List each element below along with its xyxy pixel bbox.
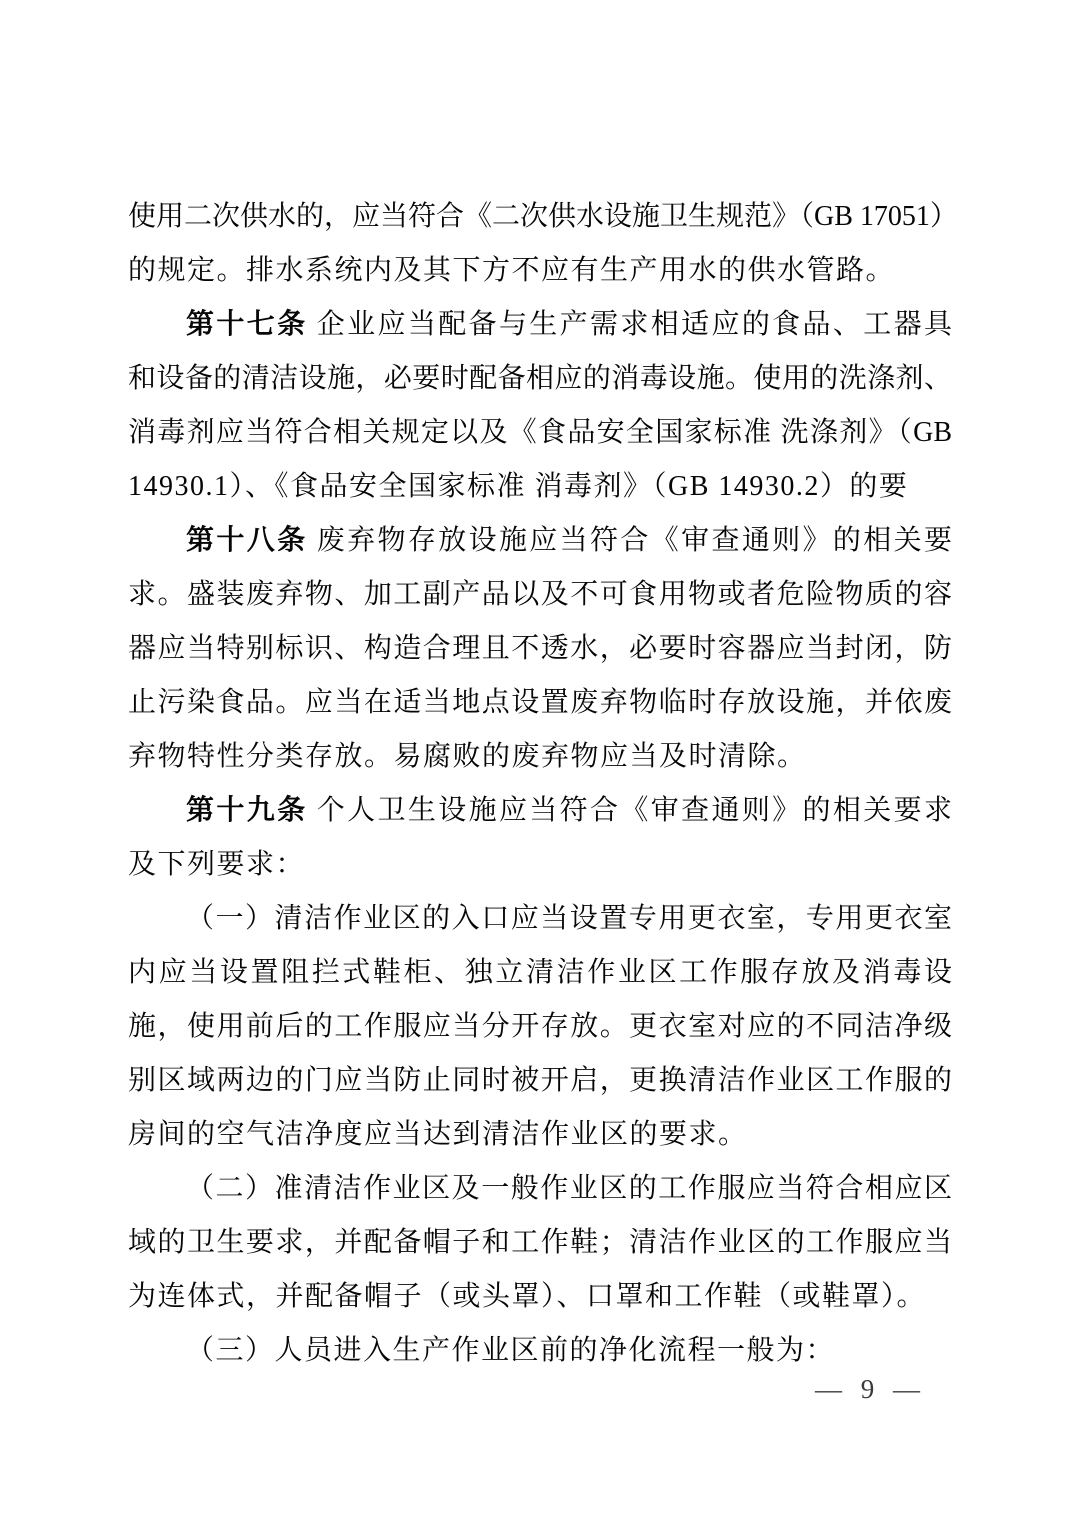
- article-number: 第十九条: [186, 795, 307, 826]
- text-line: 第十七条 企业应当配备与生产需求相适应的食品、工器具: [128, 298, 952, 352]
- text-segment: 消毒剂应当符合相关规定以及《食品安全国家标准 洗涤剂》（GB: [128, 417, 952, 448]
- text-segment: 为连体式，并配备帽子（或头罩）、口罩和工作鞋（或鞋罩）。: [128, 1281, 926, 1312]
- text-segment: 域的卫生要求，并配备帽子和工作鞋；清洁作业区的工作服应当: [128, 1227, 952, 1258]
- text-line: 内应当设置阻拦式鞋柜、独立清洁作业区工作服存放及消毒设: [128, 946, 952, 1000]
- text-segment: 止污染食品。应当在适当地点设置废弃物临时存放设施，并依废: [128, 687, 952, 718]
- text-line: 弃物特性分类存放。易腐败的废弃物应当及时清除。: [128, 730, 952, 784]
- text-line: 器应当特别标识、构造合理且不透水，必要时容器应当封闭，防: [128, 622, 952, 676]
- paragraph: 第十八条 废弃物存放设施应当符合《审查通则》的相关要求。盛装废弃物、加工副产品以…: [128, 514, 952, 784]
- text-segment: （一）清洁作业区的入口应当设置专用更衣室，专用更衣室: [186, 903, 952, 934]
- document-body: 使用二次供水的，应当符合《二次供水设施卫生规范》（GB 17051）的规定。排水…: [128, 190, 952, 1378]
- text-line: 域的卫生要求，并配备帽子和工作鞋；清洁作业区的工作服应当: [128, 1216, 952, 1270]
- text-segment: 和设备的清洁设施，必要时配备相应的消毒设施。使用的洗涤剂、: [128, 363, 952, 394]
- text-segment: 及下列要求：: [128, 849, 305, 880]
- paragraph: （一）清洁作业区的入口应当设置专用更衣室，专用更衣室内应当设置阻拦式鞋柜、独立清…: [128, 892, 952, 1162]
- text-segment: （三）人员进入生产作业区前的净化流程一般为：: [186, 1335, 835, 1366]
- text-line: （二）准清洁作业区及一般作业区的工作服应当符合相应区: [128, 1162, 952, 1216]
- page-number: — 9 —: [815, 1372, 922, 1406]
- text-line: （三）人员进入生产作业区前的净化流程一般为：: [128, 1324, 952, 1378]
- text-line: （一）清洁作业区的入口应当设置专用更衣室，专用更衣室: [128, 892, 952, 946]
- text-segment: 废弃物存放设施应当符合《审查通则》的相关要: [307, 525, 952, 556]
- text-segment: 使用二次供水的，应当符合《二次供水设施卫生规范》（GB 17051）: [128, 201, 952, 232]
- text-segment: 企业应当配备与生产需求相适应的食品、工器具: [307, 309, 952, 340]
- text-line: 房间的空气洁净度应当达到清洁作业区的要求。: [128, 1108, 952, 1162]
- paragraph: 第十七条 企业应当配备与生产需求相适应的食品、工器具和设备的清洁设施，必要时配备…: [128, 298, 952, 514]
- text-segment: 个人卫生设施应当符合《审查通则》的相关要求: [307, 795, 952, 826]
- text-segment: 器应当特别标识、构造合理且不透水，必要时容器应当封闭，防: [128, 633, 952, 664]
- article-number: 第十七条: [186, 309, 307, 340]
- text-line: 止污染食品。应当在适当地点设置废弃物临时存放设施，并依废: [128, 676, 952, 730]
- paragraph: （三）人员进入生产作业区前的净化流程一般为：: [128, 1324, 952, 1378]
- text-line: 为连体式，并配备帽子（或头罩）、口罩和工作鞋（或鞋罩）。: [128, 1270, 952, 1324]
- text-segment: （二）准清洁作业区及一般作业区的工作服应当符合相应区: [186, 1173, 952, 1204]
- text-line: 的规定。排水系统内及其下方不应有生产用水的供水管路。: [128, 244, 952, 298]
- text-line: 及下列要求：: [128, 838, 952, 892]
- text-segment: 施，使用前后的工作服应当分开存放。更衣室对应的不同洁净级: [128, 1011, 952, 1042]
- text-line: 第十八条 废弃物存放设施应当符合《审查通则》的相关要: [128, 514, 952, 568]
- text-line: 施，使用前后的工作服应当分开存放。更衣室对应的不同洁净级: [128, 1000, 952, 1054]
- document-page: 使用二次供水的，应当符合《二次供水设施卫生规范》（GB 17051）的规定。排水…: [0, 0, 1080, 1527]
- text-segment: 内应当设置阻拦式鞋柜、独立清洁作业区工作服存放及消毒设: [128, 957, 952, 988]
- text-line: 使用二次供水的，应当符合《二次供水设施卫生规范》（GB 17051）: [128, 190, 952, 244]
- text-line: 第十九条 个人卫生设施应当符合《审查通则》的相关要求: [128, 784, 952, 838]
- text-line: 14930.1）、《食品安全国家标准 消毒剂》（GB 14930.2）的要求。: [128, 460, 952, 514]
- text-segment: 房间的空气洁净度应当达到清洁作业区的要求。: [128, 1119, 748, 1150]
- paragraph: 使用二次供水的，应当符合《二次供水设施卫生规范》（GB 17051）的规定。排水…: [128, 190, 952, 298]
- text-line: 消毒剂应当符合相关规定以及《食品安全国家标准 洗涤剂》（GB: [128, 406, 952, 460]
- text-segment: 的规定。排水系统内及其下方不应有生产用水的供水管路。: [128, 255, 895, 286]
- text-line: 别区域两边的门应当防止同时被开启，更换清洁作业区工作服的: [128, 1054, 952, 1108]
- text-line: 和设备的清洁设施，必要时配备相应的消毒设施。使用的洗涤剂、: [128, 352, 952, 406]
- text-line: 求。盛装废弃物、加工副产品以及不可食用物或者危险物质的容: [128, 568, 952, 622]
- text-segment: 求。盛装废弃物、加工副产品以及不可食用物或者危险物质的容: [128, 579, 952, 610]
- paragraph: 第十九条 个人卫生设施应当符合《审查通则》的相关要求及下列要求：: [128, 784, 952, 892]
- paragraph: （二）准清洁作业区及一般作业区的工作服应当符合相应区域的卫生要求，并配备帽子和工…: [128, 1162, 952, 1324]
- text-segment: 弃物特性分类存放。易腐败的废弃物应当及时清除。: [128, 741, 807, 772]
- text-segment: 别区域两边的门应当防止同时被开启，更换清洁作业区工作服的: [128, 1065, 952, 1096]
- text-segment: 14930.1）、《食品安全国家标准 消毒剂》（GB 14930.2）的要求。: [128, 471, 908, 514]
- article-number: 第十八条: [186, 525, 307, 556]
